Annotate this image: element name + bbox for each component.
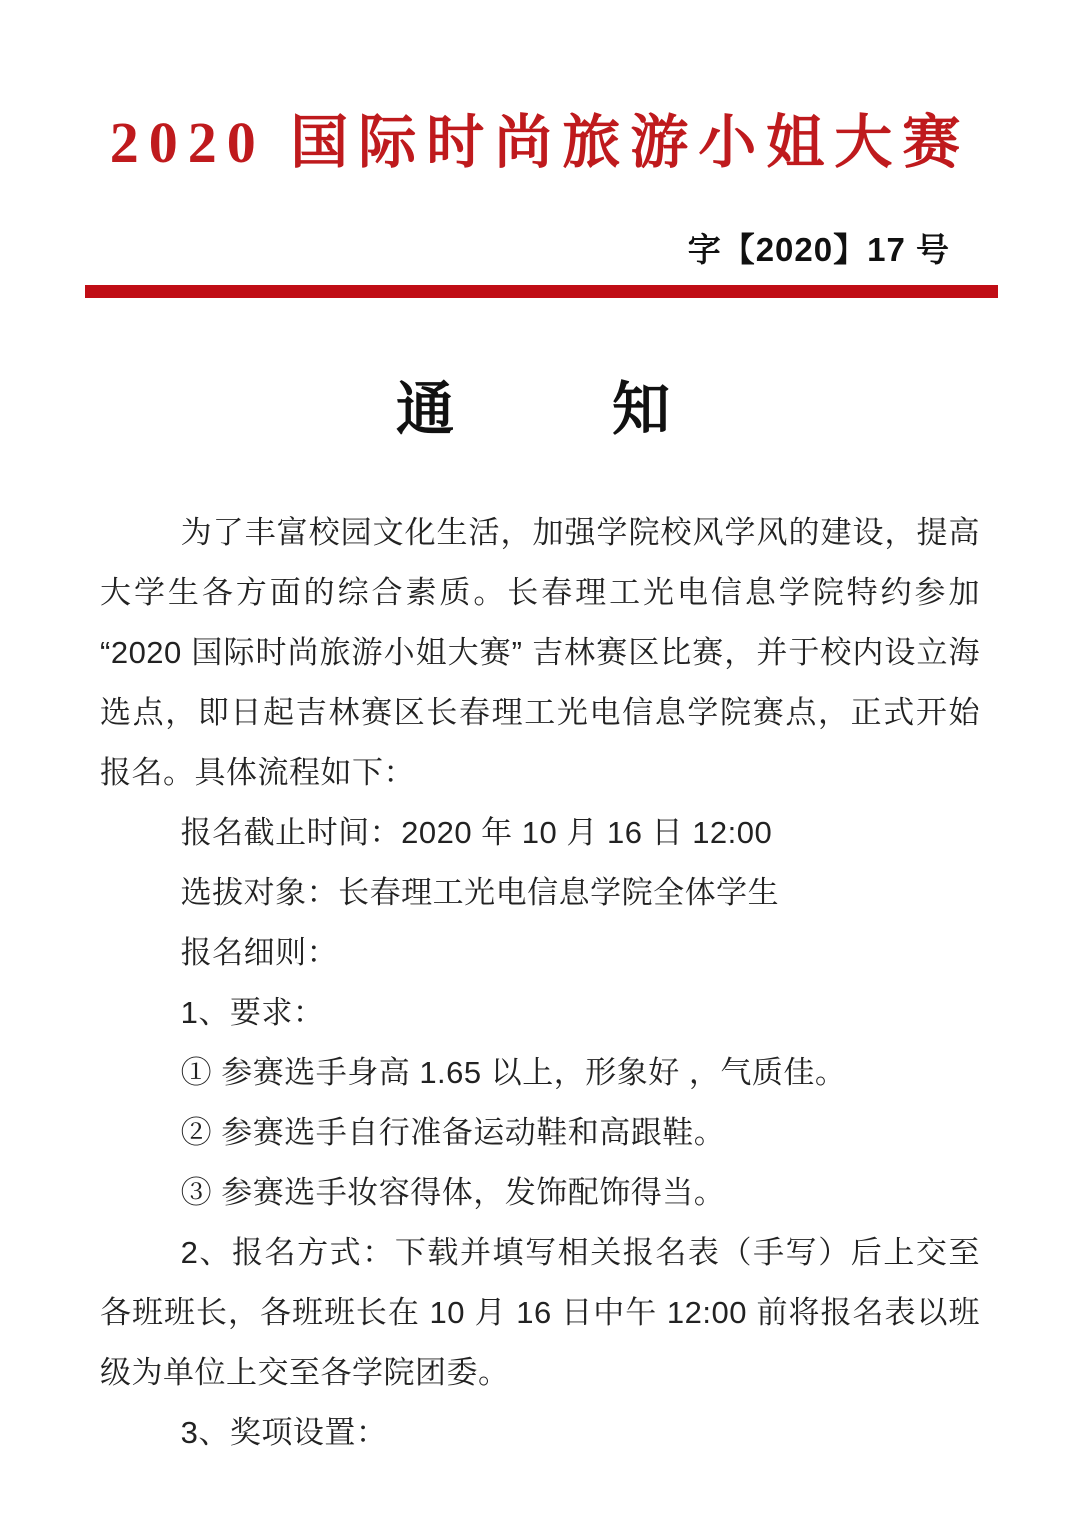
notice-body: 为了丰富校园文化生活，加强学院校风学风的建设，提高大学生各方面的综合素质。长春理…: [100, 503, 980, 1463]
body-paragraph-rules-label: 报名细则：: [100, 923, 980, 983]
document-page: 2020 国际时尚旅游小姐大赛 字【2020】17 号 通 知 为了丰富校园文化…: [0, 0, 1080, 1527]
body-paragraph-awards: 3、奖项设置：: [100, 1403, 980, 1463]
body-paragraph-method: 2、报名方式：下载并填写相关报名表（手写）后上交至各班班长，各班班长在 10 月…: [100, 1223, 980, 1403]
notice-heading: 通 知: [0, 378, 1080, 442]
body-paragraph-req-2: ② 参赛选手自行准备运动鞋和高跟鞋。: [100, 1103, 980, 1163]
body-paragraph-eligibility: 选拔对象：长春理工光电信息学院全体学生: [100, 863, 980, 923]
document-title: 2020 国际时尚旅游小姐大赛: [0, 108, 1080, 178]
body-paragraph-req-3: ③ 参赛选手妆容得体，发饰配饰得当。: [100, 1163, 980, 1223]
body-paragraph-deadline: 报名截止时间：2020 年 10 月 16 日 12:00: [100, 803, 980, 863]
body-paragraph-intro: 为了丰富校园文化生活，加强学院校风学风的建设，提高大学生各方面的综合素质。长春理…: [100, 503, 980, 803]
document-number: 字【2020】17 号: [0, 224, 1080, 271]
red-divider-rule: [85, 285, 998, 298]
body-paragraph-req-1: ① 参赛选手身高 1.65 以上，形象好 ，气质佳。: [100, 1043, 980, 1103]
body-paragraph-requirements: 1、要求：: [100, 983, 980, 1043]
